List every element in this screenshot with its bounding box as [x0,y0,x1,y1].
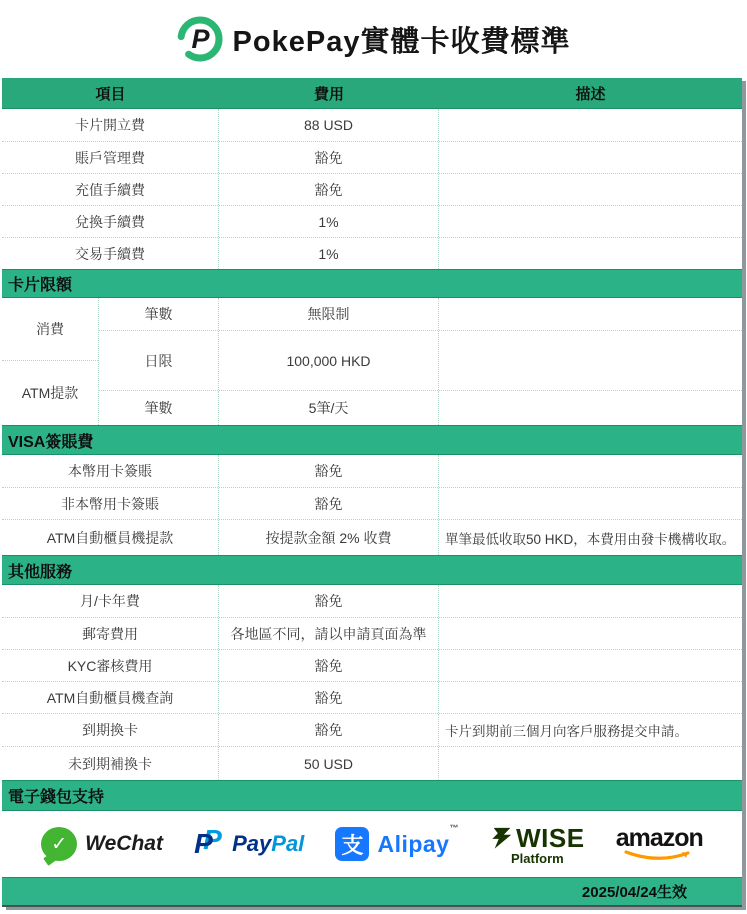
desc-cell [439,238,742,269]
desc-cell [439,682,742,713]
fee-cell: 各地區不同，請以申請頁面為準 [219,618,439,649]
wechat-wordmark: WeChat [85,832,163,856]
fee-cell: 50 USD [219,747,439,780]
item-cell: 到期換卡 [2,714,219,746]
item-cell: 兌換手續費 [2,206,219,237]
section-header-visa-fees: VISA簽賬費 [2,425,742,455]
visa-section: 本幣用卡簽賬 豁免 非本幣用卡簽賬 豁免 ATM自動櫃員機提款 按提款金額 2%… [2,455,742,555]
table-row: 郵寄費用 各地區不同，請以申請頁面為準 [2,617,742,649]
alipay-wordmark: Alipay™ [377,831,459,858]
desc-cell [439,747,742,780]
fee-cell: 豁免 [219,585,439,617]
fee-cell: 豁免 [219,455,439,487]
amazon-logo: amazon [616,826,703,863]
pokepay-logo-letter: P [177,16,223,62]
limit-group-column: 消費 ATM提款 [2,298,99,425]
section-header-card-limits: 卡片限額 [2,269,742,298]
fees-section: 卡片開立費 88 USD 賬戶管理費 豁免 充值手續費 豁免 兌換手續費 1% … [2,109,742,269]
limit-group-atm: ATM提款 [2,360,98,425]
desc-cell [439,455,742,487]
column-header-fee: 費用 [219,83,439,104]
item-cell: 非本幣用卡簽賬 [2,488,219,519]
amazon-wordmark: amazon [616,826,703,851]
fee-cell: 豁免 [219,714,439,746]
item-cell: 郵寄費用 [2,618,219,649]
paypal-wordmark: PayPal [232,831,304,857]
desc-cell [439,618,742,649]
column-header-desc: 描述 [439,83,742,104]
item-cell: 卡片開立費 [2,109,219,141]
item-cell: 月/卡年費 [2,585,219,617]
item-cell: 賬戶管理費 [2,142,219,173]
table-row: 卡片開立費 88 USD [2,109,742,141]
card-limits-grid: 消費 ATM提款 筆數 無限制 日限 100,000 HKD 筆數 5筆/天 [2,298,742,425]
alipay-zhi-glyph: 支 [341,829,363,860]
desc-cell [439,298,742,330]
table-row: 非本幣用卡簽賬 豁免 [2,487,742,519]
ewallet-logos-row: ✓ WeChat P P PayPal 支 Alipay™ [2,811,742,877]
trademark-symbol: ™ [449,823,459,833]
table-row: 交易手續費 1% [2,237,742,269]
wechat-icon: ✓ [41,827,77,861]
limit-group-spending: 消費 [2,298,98,360]
desc-cell [439,488,742,519]
wechat-logo: ✓ WeChat [41,827,163,861]
page-title: PokePay實體卡收費標準 [233,19,571,60]
table-row: ATM自動櫃員機查詢 豁免 [2,681,742,713]
desc-cell [439,142,742,173]
desc-cell [439,391,742,425]
pokepay-logo-icon: P [177,16,223,62]
item-cell: ATM自動櫃員機提款 [2,520,219,555]
item-cell: KYC審核費用 [2,650,219,681]
desc-cell [439,331,742,390]
item-cell: ATM自動櫃員機查詢 [2,682,219,713]
others-section: 月/卡年費 豁免 郵寄費用 各地區不同，請以申請頁面為準 KYC審核費用 豁免 … [2,585,742,780]
desc-cell [439,585,742,617]
table-row: 筆數 無限制 [99,298,742,330]
table-row: 本幣用卡簽賬 豁免 [2,455,742,487]
table-row: 日限 100,000 HKD [99,330,742,390]
page-header: P PokePay實體卡收費標準 [0,0,747,78]
table-row: 月/卡年費 豁免 [2,585,742,617]
desc-cell [439,109,742,141]
paypal-logo: P P PayPal [194,827,304,861]
desc-cell [439,174,742,205]
alipay-icon: 支 [335,827,369,861]
fee-cell: 豁免 [219,174,439,205]
wise-logo: WISE Platform [490,823,584,866]
table-row: 到期換卡 豁免 卡片到期前三個月向客戶服務提交申請。 [2,713,742,746]
fee-table: 項目 費用 描述 卡片開立費 88 USD 賬戶管理費 豁免 充值手續費 豁免 [2,78,742,907]
table-row: 賬戶管理費 豁免 [2,141,742,173]
section-header-ewallet-support: 電子錢包支持 [2,780,742,811]
table-column-header: 項目 費用 描述 [2,78,742,109]
amazon-smile-icon [622,849,696,863]
fee-cell: 豁免 [219,488,439,519]
effective-date-bar: 2025/04/24生效 [2,877,742,907]
paypal-icon: P P [194,827,224,861]
wise-platform-label: Platform [511,851,564,866]
limit-label-cell: 筆數 [99,391,219,425]
limit-label-cell: 日限 [99,331,219,390]
limit-value-cell: 5筆/天 [219,391,439,425]
fee-cell: 88 USD [219,109,439,141]
fee-table-page: P PokePay實體卡收費標準 項目 費用 描述 卡片開立費 88 USD 賬… [0,0,747,914]
fee-cell: 豁免 [219,682,439,713]
limit-label-cell: 筆數 [99,298,219,330]
effective-date: 2025/04/24生效 [582,881,687,902]
table-row: 充值手續費 豁免 [2,173,742,205]
table-row: ATM自動櫃員機提款 按提款金額 2% 收費 單筆最低收取50 HKD，本費用由… [2,519,742,555]
table-row: 筆數 5筆/天 [99,390,742,425]
fee-cell: 1% [219,238,439,269]
limit-value-cell: 無限制 [219,298,439,330]
table-row: 兌換手續費 1% [2,205,742,237]
desc-cell [439,650,742,681]
fee-cell: 1% [219,206,439,237]
wechat-check-glyph: ✓ [51,833,67,856]
item-cell: 未到期補換卡 [2,747,219,780]
desc-cell: 卡片到期前三個月向客戶服務提交申請。 [439,714,742,746]
limit-rows: 筆數 無限制 日限 100,000 HKD 筆數 5筆/天 [99,298,742,425]
fee-cell: 豁免 [219,650,439,681]
item-cell: 本幣用卡簽賬 [2,455,219,487]
wise-wordmark: WISE [516,823,584,854]
desc-cell [439,206,742,237]
alipay-logo: 支 Alipay™ [335,827,459,861]
item-cell: 交易手續費 [2,238,219,269]
desc-cell: 單筆最低收取50 HKD，本費用由發卡機構收取。 [439,520,742,555]
fee-cell: 按提款金額 2% 收費 [219,520,439,555]
column-header-item: 項目 [2,83,219,104]
table-row: KYC審核費用 豁免 [2,649,742,681]
fee-cell: 豁免 [219,142,439,173]
section-header-other-services: 其他服務 [2,555,742,585]
table-row: 未到期補換卡 50 USD [2,746,742,780]
item-cell: 充值手續費 [2,174,219,205]
wise-flag-icon [490,825,514,851]
limit-value-cell: 100,000 HKD [219,331,439,390]
